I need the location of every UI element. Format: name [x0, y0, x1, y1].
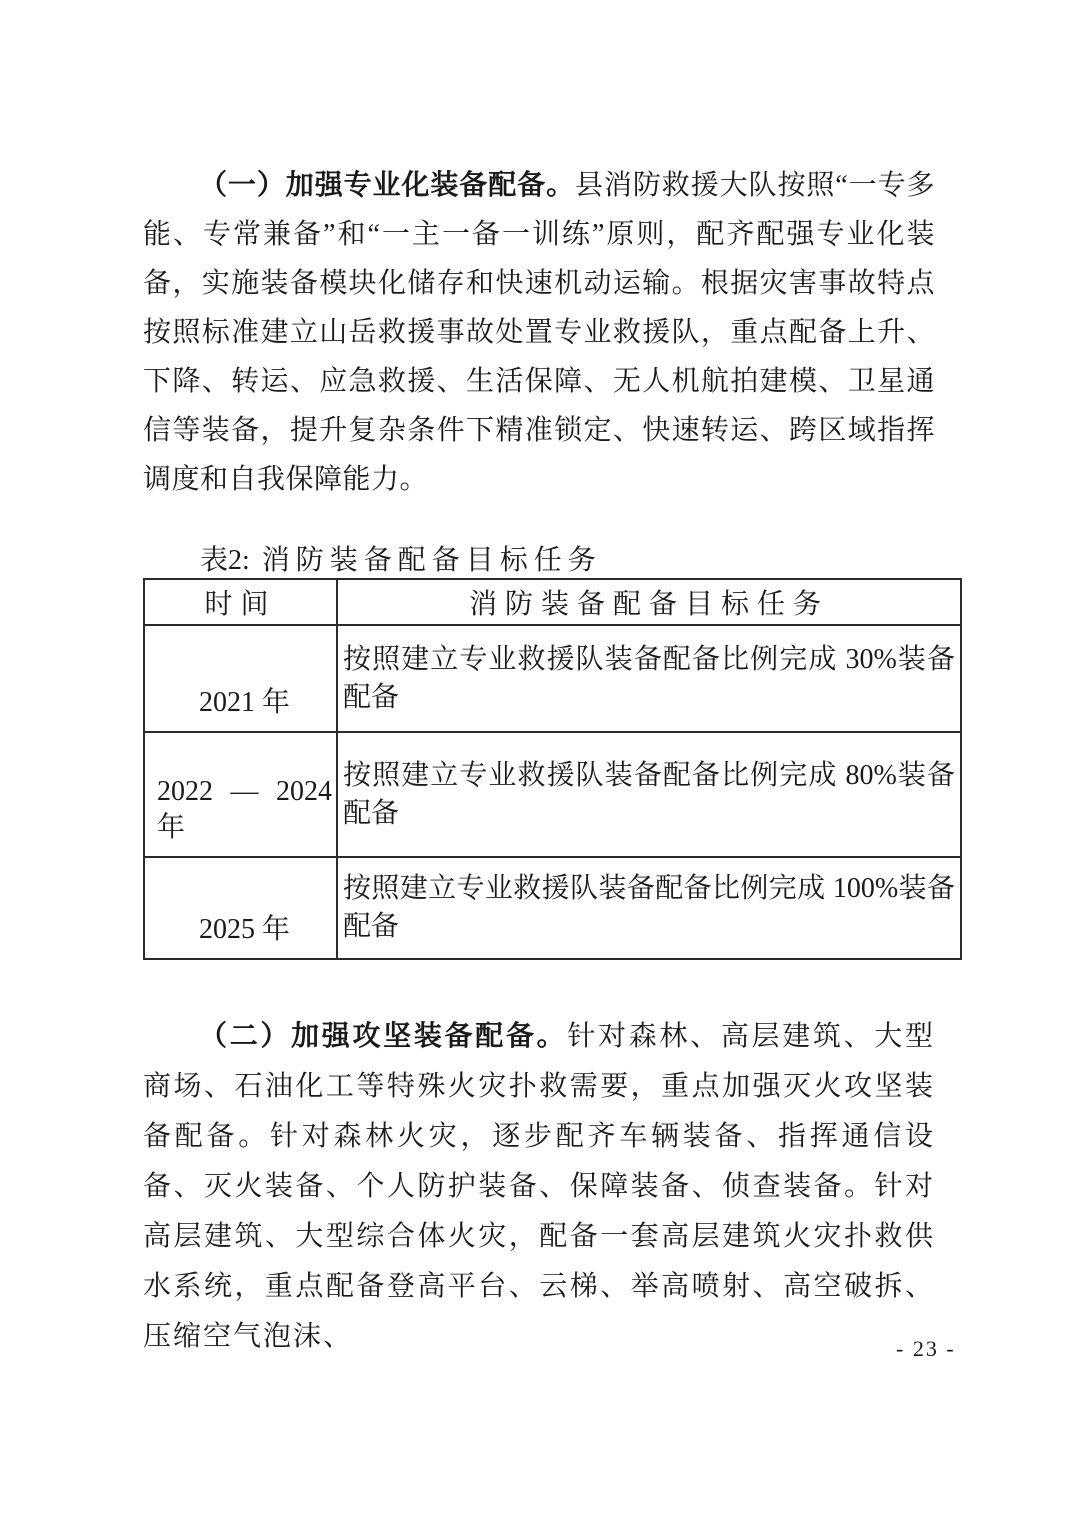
paragraph-2-text: 针对森林、高层建筑、大型商场、石油化工等特殊火灾扑救需要，重点加强灭火攻坚装备配… — [143, 1021, 935, 1352]
table-row: 2025 年 按照建立专业救援队装备配备比例完成 100%装备配备 — [144, 857, 961, 959]
table-header-time: 时间 — [144, 579, 337, 625]
table-cell-time: 2022 — 2024 年 — [144, 732, 337, 857]
paragraph-1: （一）加强专业化装备配备。县消防救援大队按照“一专多能、专常兼备”和“一主一备一… — [143, 161, 935, 504]
table-cell-task: 按照建立专业救援队装备配备比例完成 100%装备配备 — [337, 857, 961, 959]
table-caption-prefix: 表2: — [200, 545, 250, 576]
page-number: - 23 - — [896, 1336, 956, 1362]
table-cell-time: 2025 年 — [144, 857, 337, 959]
table-cell-task: 按照建立专业救援队装备配备比例完成 30%装备配备 — [337, 625, 961, 732]
table-header-task: 消防装备配备目标任务 — [337, 579, 961, 625]
table-caption-title: 消防装备配备目标任务 — [262, 545, 602, 576]
paragraph-1-lead: （一）加强专业化装备配备。 — [199, 170, 575, 201]
table-caption: 表2:消防装备配备目标任务 — [143, 538, 935, 578]
table-header-row: 时间 消防装备配备目标任务 — [144, 579, 961, 625]
table-cell-time: 2021 年 — [144, 625, 337, 732]
paragraph-2: （二）加强攻坚装备配备。针对森林、高层建筑、大型商场、石油化工等特殊火灾扑救需要… — [143, 1012, 935, 1362]
table-cell-task: 按照建立专业救援队装备配备比例完成 80%装备配备 — [337, 732, 961, 857]
paragraph-1-text: 县消防救援大队按照“一专多能、专常兼备”和“一主一备一训练”原则，配齐配强专业化… — [143, 170, 935, 495]
paragraph-2-lead: （二）加强攻坚装备配备。 — [199, 1021, 567, 1052]
document-page: （一）加强专业化装备配备。县消防救援大队按照“一专多能、专常兼备”和“一主一备一… — [0, 0, 1074, 1520]
table-row: 2021 年 按照建立专业救援队装备配备比例完成 30%装备配备 — [144, 625, 961, 732]
equipment-target-table: 时间 消防装备配备目标任务 2021 年 按照建立专业救援队装备配备比例完成 3… — [143, 578, 962, 960]
table-row: 2022 — 2024 年 按照建立专业救援队装备配备比例完成 80%装备配备 — [144, 732, 961, 857]
